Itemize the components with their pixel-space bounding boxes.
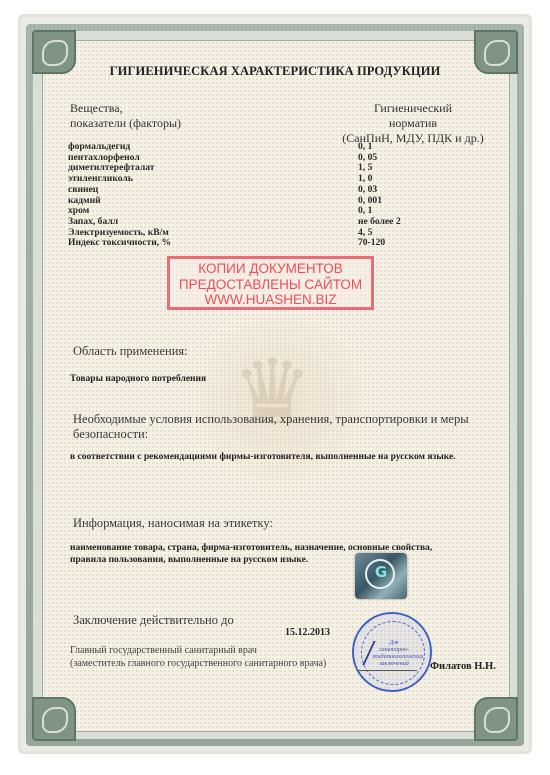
parameter-value: 0, 03 [358,185,468,196]
parameter-name: свинец [68,185,358,196]
parameter-value: 70-120 [358,238,468,249]
conditions-value: в соответствии с рекомендациями фирмы-из… [70,452,456,462]
parameter-row: свинец0, 03 [68,185,468,196]
doctor-title: Главный государственный санитарный врач … [70,645,326,670]
parameter-row: кадмий0, 001 [68,196,468,207]
valid-until-date: 15.12.2013 [285,627,330,638]
column-header-line: норматив [318,116,508,131]
parameter-row: Индекс токсичности, %70-120 [68,238,468,249]
column-header-line: показатели (факторы) [70,116,181,131]
parameter-value: 1, 5 [358,163,468,174]
column-header-norm: Гигиенический норматив (СанПиН, МДУ, ПДК… [318,101,508,146]
doctor-title-line: Главный государственный санитарный врач [70,645,326,658]
parameter-row: этиленгликоль1, 0 [68,174,468,185]
parameter-name: Индекс токсичности, % [68,238,358,249]
doctor-title-line: (заместитель главного государственного с… [70,658,326,671]
parameter-name: кадмий [68,196,358,207]
conditions-label-line: безопасности: [73,427,469,442]
parameter-row: хром0, 1 [68,206,468,217]
hologram-seal-icon: G [355,553,407,599]
corner-ornament-bottom-right-icon [474,697,518,741]
parameter-value: 0, 05 [358,153,468,164]
signature-line [357,670,417,671]
column-header-line: Гигиенический [318,101,508,116]
valid-until-label: Заключение действительно до [73,613,234,628]
watermark-line: WWW.HUASHEN.BIZ [170,292,371,308]
watermark-line: КОПИИ ДОКУМЕНТОВ [170,261,371,277]
signer-name: Филатов Н.Н. [430,661,496,672]
conditions-label-line: Необходимые условия использования, хране… [73,412,469,427]
parameter-value: не более 2 [358,217,468,228]
column-header-line: Вещества, [70,101,181,116]
watermark-stamp: КОПИИ ДОКУМЕНТОВ ПРЕДОСТАВЛЕНЫ САЙТОМ WW… [167,256,374,310]
parameter-value: 0, 001 [358,196,468,207]
parameters-table: формальдегид0, 1пентахлорфенол0, 05димет… [68,142,468,249]
scope-value: Товары народного потребления [70,374,206,384]
conditions-label: Необходимые условия использования, хране… [73,412,469,442]
scope-label: Область применения: [73,344,188,359]
document-title: ГИГИЕНИЧЕСКАЯ ХАРАКТЕРИСТИКА ПРОДУКЦИИ [0,64,550,79]
parameter-name: этиленгликоль [68,174,358,185]
hologram-logo-icon: G [355,563,407,581]
column-header-substances: Вещества, показатели (факторы) [70,101,181,131]
corner-ornament-bottom-left-icon [32,697,76,741]
label-info-label: Информация, наносимая на этикетку: [73,516,273,531]
watermark-line: ПРЕДОСТАВЛЕНЫ САЙТОМ [170,277,371,293]
